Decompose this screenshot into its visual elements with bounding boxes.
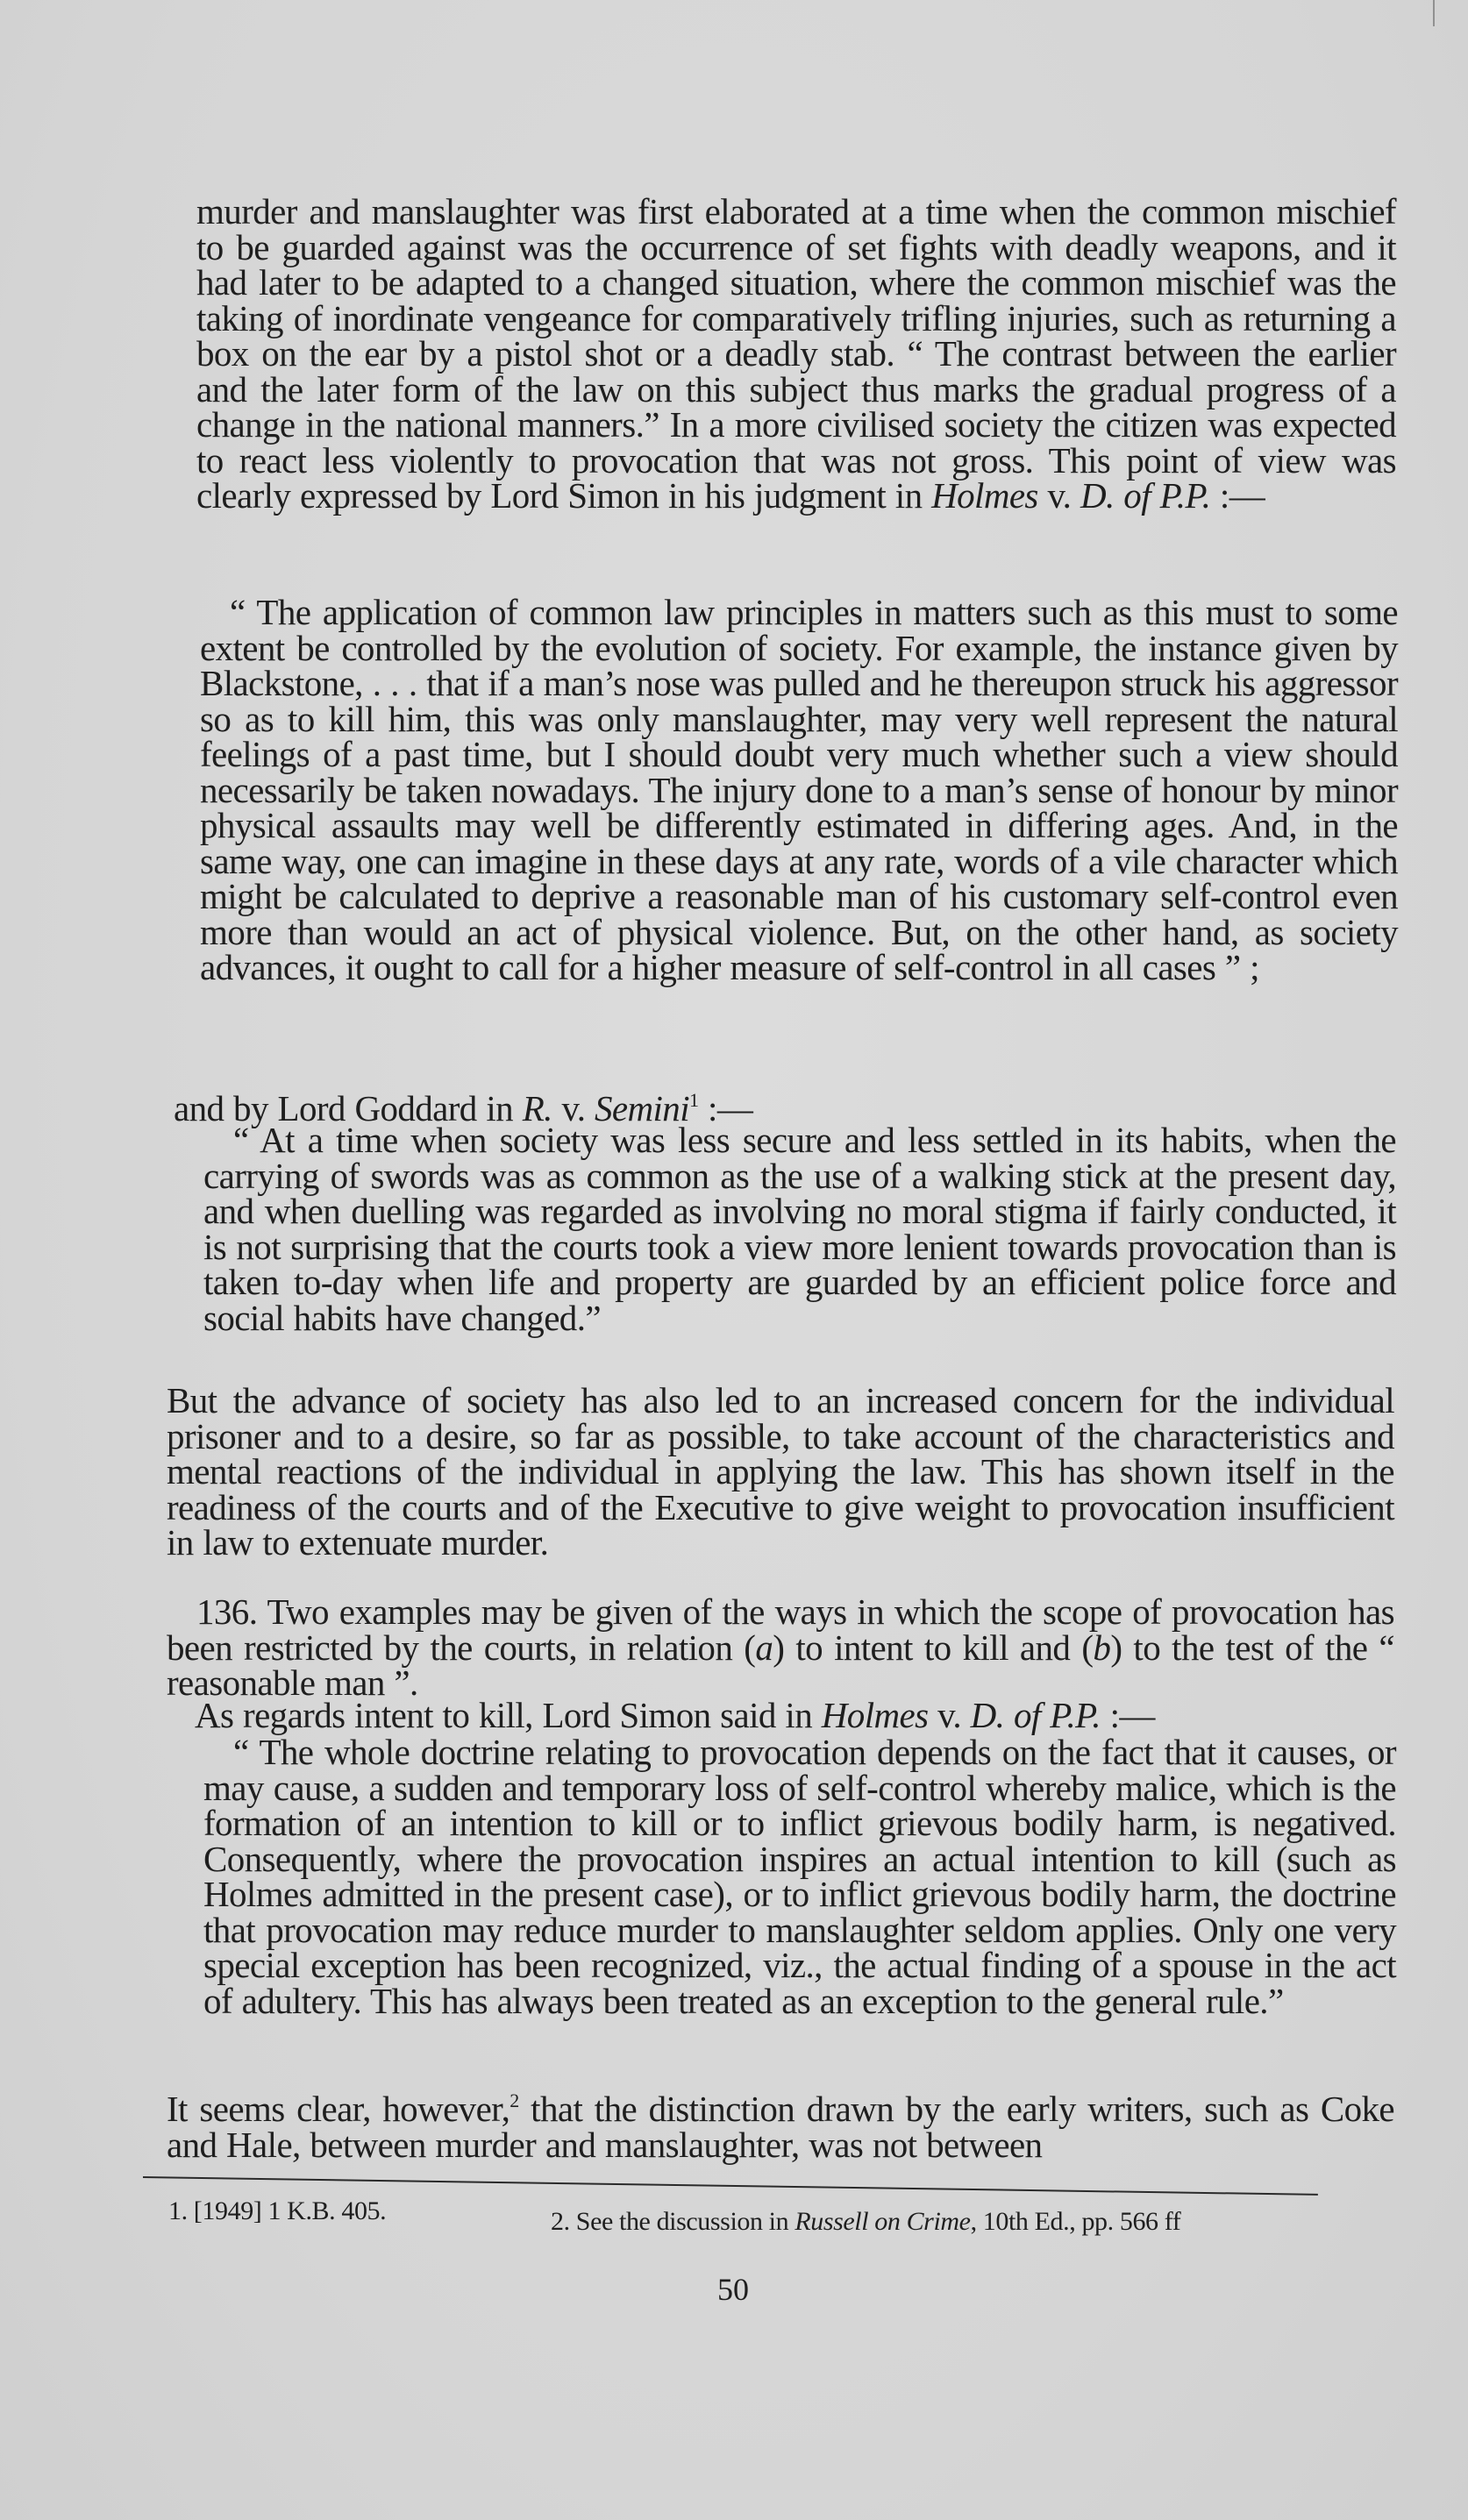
- block-quote-goddard: “ At a time when society was less secure…: [203, 1122, 1396, 1335]
- scanned-page: murder and manslaughter was first elabor…: [0, 0, 1468, 2520]
- scan-mark: [1433, 0, 1435, 26]
- numbered-paragraph-136: 136. Two examples may be given of the wa…: [167, 1594, 1394, 1701]
- paragraph-text: ) to intent to kill and (: [773, 1627, 1093, 1668]
- case-name: Holmes: [822, 1695, 929, 1735]
- paragraph-text: It seems clear, however,: [167, 2089, 510, 2129]
- punctuation: :—: [1210, 475, 1265, 516]
- paragraph-text: murder and manslaughter was first elabor…: [196, 191, 1396, 516]
- footnote-ref[interactable]: 1: [689, 1089, 698, 1111]
- versus: v.: [928, 1695, 970, 1735]
- case-name: D. of P.P.: [971, 1695, 1101, 1735]
- quote-text: “ The application of common law principl…: [200, 594, 1398, 986]
- footnote-1: 1. [1949] 1 K.B. 405.: [168, 2196, 386, 2226]
- page-number: 50: [717, 2271, 749, 2308]
- body-paragraph: But the advance of society has also led …: [167, 1383, 1394, 1561]
- enum-letter: a: [755, 1627, 773, 1668]
- punctuation: :—: [1101, 1695, 1155, 1735]
- book-title: Russell on Crime: [795, 2207, 970, 2236]
- case-name: Holmes: [931, 475, 1038, 516]
- quote-text: “ The whole doctrine relating to provoca…: [203, 1734, 1396, 2018]
- footnote-text: 2. See the discussion in: [551, 2207, 795, 2236]
- block-quote-simon-intent: “ The whole doctrine relating to provoca…: [203, 1734, 1396, 2018]
- footnote-ref[interactable]: 2: [510, 2089, 518, 2111]
- footnote-divider: [143, 2176, 1318, 2196]
- footnote-text: , 10th Ed., pp. 566 ff: [971, 2207, 1181, 2236]
- case-name: D. of P.P.: [1080, 475, 1210, 516]
- versus: v.: [1038, 475, 1080, 516]
- intro-text: As regards intent to kill, Lord Simon sa…: [195, 1695, 822, 1735]
- body-paragraph: murder and manslaughter was first elabor…: [196, 194, 1396, 514]
- quote-text: “ At a time when society was less secure…: [203, 1122, 1396, 1335]
- block-quote-simon: “ The application of common law principl…: [200, 594, 1398, 986]
- paragraph-text: But the advance of society has also led …: [167, 1383, 1394, 1561]
- body-paragraph: It seems clear, however,2 that the disti…: [167, 2091, 1394, 2162]
- enum-letter: b: [1093, 1627, 1110, 1668]
- quote-intro: As regards intent to kill, Lord Simon sa…: [195, 1698, 1419, 1733]
- footnote-2: 2. See the discussion in Russell on Crim…: [551, 2207, 1180, 2237]
